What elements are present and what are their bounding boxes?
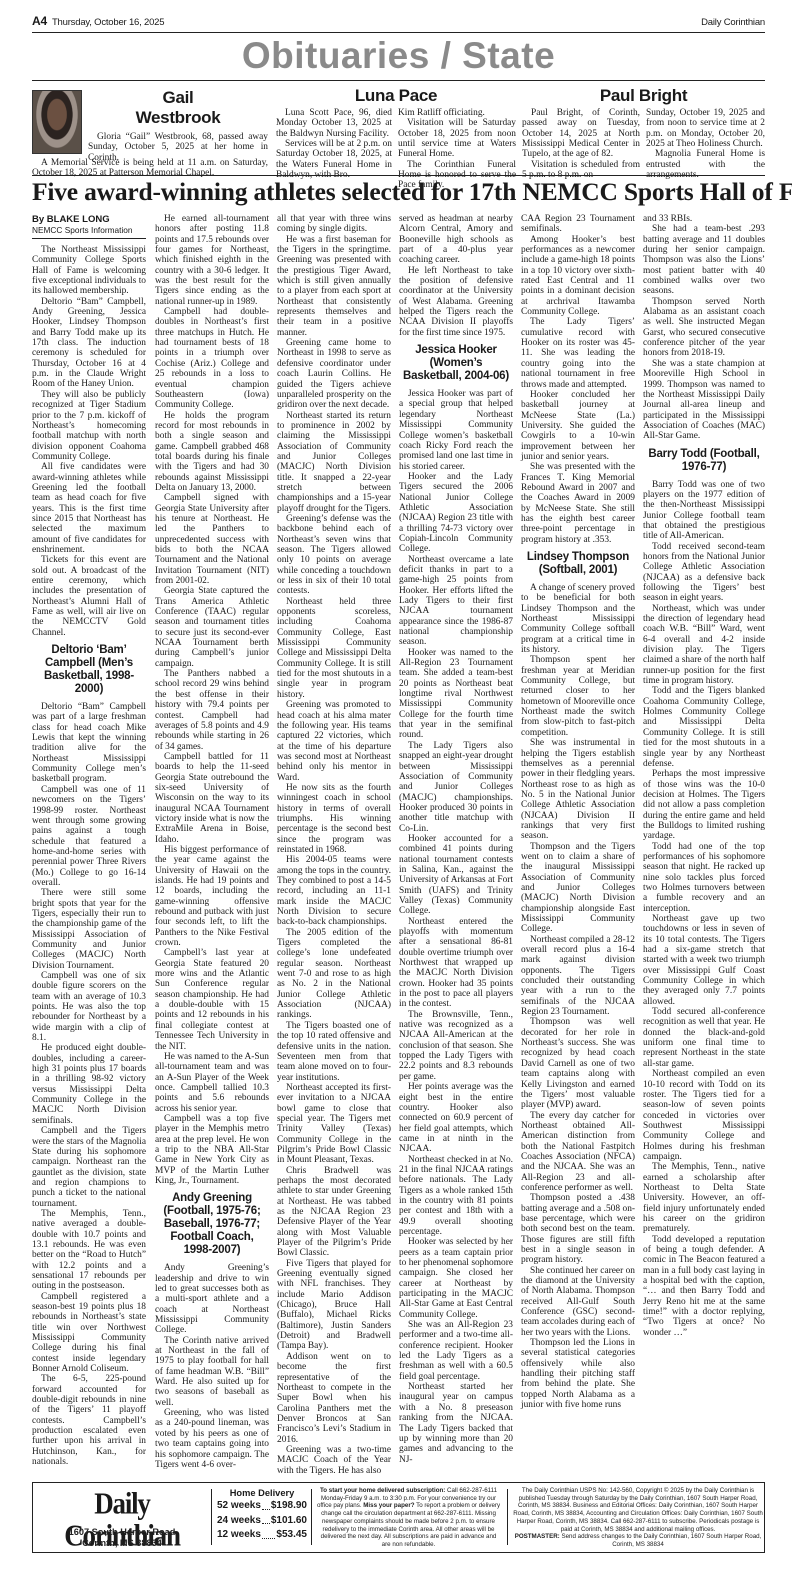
article-paragraph: Campbell battled for 11 boards to help t… <box>155 752 269 845</box>
article-paragraph: Northeast checked in at No. 21 in the fi… <box>399 1155 513 1238</box>
article-paragraph: Among Hooker’s best performances as a ne… <box>521 235 635 318</box>
article-paragraph: Thompson led the Lions in several statis… <box>521 1338 635 1410</box>
article-paragraph: Her points average was the eight best in… <box>399 1082 513 1154</box>
home-delivery-title: Home Delivery <box>217 1487 307 1499</box>
athlete-subhead: Deltorio ‘Bam’ Campbell (Men’s Basketbal… <box>32 644 146 696</box>
obituary-paragraph: Visitation will be Saturday October 18, … <box>398 118 516 159</box>
issue-date: Thursday, October 16, 2025 <box>52 17 164 28</box>
article-paragraph: Barry Todd was one of two players on the… <box>643 480 765 542</box>
article-paragraph: The every day catcher for Northeast obta… <box>521 1111 635 1194</box>
footer-divider <box>211 1489 212 1545</box>
subscription-footer: Daily Corinthian 1607 South Harper Road … <box>32 1482 765 1553</box>
rate-term: 12 weeks <box>217 1528 261 1543</box>
article-paragraph: Campbell was one of six double figure sc… <box>32 971 146 1043</box>
article-paragraph: The 2005 edition of the Tigers completed… <box>277 928 391 1021</box>
subscription-info: To start your home delivered subscriptio… <box>316 1487 501 1549</box>
missed-paper-lead: Miss your paper? <box>363 1502 414 1509</box>
article-paragraph: The Northeast Mississippi Community Coll… <box>32 245 146 297</box>
athlete-subhead: Andy Greening (Football, 1975-76; Baseba… <box>155 1192 269 1257</box>
article-paragraph: Todd and the Tigers blanked Coahoma Comm… <box>643 686 765 769</box>
article-paragraph: Jessica Hooker was part of a special gro… <box>399 389 513 472</box>
article-paragraph: There were still some bright spots that … <box>32 888 146 971</box>
obituary-name: Paul Bright <box>522 86 765 106</box>
article-paragraph: Hooker and the Lady Tigers secured the 2… <box>399 472 513 555</box>
article-column: served as headman at nearby Alcorn Centr… <box>399 214 513 1465</box>
rate-row: 52 weeks$198.90 <box>217 1499 307 1514</box>
article-paragraph: Thompson served North Alabama as an assi… <box>643 297 765 359</box>
article-paragraph: Northeast held three opponents scoreless… <box>277 597 391 700</box>
article-paragraph: Northeast overcame a late deficit thanks… <box>399 555 513 648</box>
article-paragraph: Greening’s defense was the backbone behi… <box>277 514 391 597</box>
article-paragraph: Andy Greening’s leadership and drive to … <box>155 1263 269 1335</box>
address-line: 1607 South Harper Road <box>37 1527 207 1538</box>
article-paragraph: Todd had one of the top performances of … <box>643 842 765 914</box>
address-line: Corinth, MS 38834 <box>37 1538 207 1549</box>
article-paragraph: Hooker concluded her basketball journey … <box>521 390 635 462</box>
article-paragraph: He holds the program record for most reb… <box>155 411 269 494</box>
article-paragraph: Thompson and the Tigers went on to claim… <box>521 842 635 935</box>
article-paragraph: The Lady Tigers also snapped an eight-ye… <box>399 741 513 834</box>
article-column: By BLAKE LONG NEMCC Sports Information T… <box>32 214 146 1468</box>
article-paragraph: Northeast compiled an even 10-10 record … <box>643 1069 765 1162</box>
article-paragraph: Five Tigers that played for Greening eve… <box>277 1259 391 1352</box>
obituary-body: Sunday, October 19, 2025 and from noon t… <box>646 108 765 180</box>
article-paragraph: Hooker was selected by her peers as a te… <box>399 1237 513 1320</box>
article-paragraph: Campbell’s last year at Georgia State fe… <box>155 948 269 1051</box>
athlete-subhead: Jessica Hooker (Women’s Basketball, 2004… <box>399 344 513 383</box>
article-paragraph: Northeast accepted its first-ever invita… <box>277 1083 391 1166</box>
byline-organization: NEMCC Sports Information <box>32 225 146 235</box>
article-paragraph: His 2004-05 teams were among the tops in… <box>277 855 391 927</box>
article-paragraph: All five candidates were award-winning a… <box>32 462 146 555</box>
article-paragraph: Todd secured all-conference recognition … <box>643 1007 765 1069</box>
page-folio: A4 Thursday, October 16, 2025 Daily Cori… <box>32 14 765 32</box>
athlete-subhead: Lindsey Thompson (Softball, 2001) <box>521 551 635 577</box>
article-paragraph: Greening, who was listed as a 240-pound … <box>155 1408 269 1470</box>
article-paragraph: The Brownsville, Tenn., native was recog… <box>399 1010 513 1082</box>
publication-legal: The Daily Corinthian USPS No: 142-560, C… <box>513 1487 763 1549</box>
rate-price: $198.90 <box>271 1499 307 1514</box>
article-paragraph: Thompson was well decorated for her role… <box>521 1017 635 1110</box>
article-paragraph: They will also be publicly recognized at… <box>32 390 146 462</box>
page-number: A4 <box>32 14 47 28</box>
article-paragraph: Campbell registered a season-best 19 poi… <box>32 1292 146 1375</box>
article-paragraph: Tickets for this event are sold out. A b… <box>32 555 146 638</box>
obituary-name-line: Westbrook <box>88 108 268 128</box>
subscription-lead: To start your home delivered subscriptio… <box>320 1487 445 1494</box>
obituary-paragraph: Paul Bright, of Corinth, passed away on … <box>522 108 640 160</box>
article-paragraph: Todd developed a reputation of being a t… <box>643 1235 765 1338</box>
article-paragraph: Greening came home to Northeast in 1998 … <box>277 338 391 410</box>
obituary-divider <box>32 175 765 176</box>
article-paragraph: The Memphis, Tenn., native earned a scho… <box>643 1162 765 1234</box>
publication-name: Daily Corinthian <box>701 17 765 28</box>
article-paragraph: Thompson spent her freshman year at Meri… <box>521 655 635 738</box>
article-paragraph: Greening was a two-time MACJC Coach of t… <box>277 1445 391 1476</box>
article-paragraph: Northeast gave up two touchdowns or less… <box>643 914 765 1007</box>
article-paragraph: The Tigers boasted one of the top 10 rat… <box>277 1021 391 1083</box>
article-paragraph: A change of scenery proved to be benefic… <box>521 583 635 655</box>
article-paragraph: The 6-5, 225-pound forward accounted for… <box>32 1374 146 1467</box>
postmaster-lead: POSTMASTER: <box>515 1533 560 1540</box>
article-paragraph: She was presented with the Frances T. Ki… <box>521 462 635 545</box>
newspaper-address: 1607 South Harper Road Corinth, MS 38834 <box>37 1527 207 1549</box>
folio-rule <box>32 32 765 33</box>
article-paragraph: She was a state champion at Mooreville H… <box>643 359 765 442</box>
article-paragraph: He earned all-tournament honors after po… <box>155 214 269 307</box>
obituary-paragraph: Luna Scott Pace, 96, died Monday October… <box>276 108 392 139</box>
rate-term: 24 weeks <box>217 1514 261 1529</box>
section-title: Obituaries / State <box>32 36 765 76</box>
article-paragraph: Northeast entered the playoffs with mome… <box>399 917 513 1010</box>
article-paragraph: Todd received second-team honors from th… <box>643 542 765 604</box>
article-paragraph: His biggest performance of the year came… <box>155 845 269 948</box>
article-paragraph: Greening was promoted to head coach at h… <box>277 700 391 783</box>
article-column: CAA Region 23 Tournament semifinals.Amon… <box>521 214 635 1411</box>
article-paragraph: Northeast started her inaugural year on … <box>399 1382 513 1465</box>
article-paragraph: and 33 RBIs. <box>643 214 765 224</box>
byline-rule <box>32 238 146 239</box>
byline: By BLAKE LONG <box>32 214 146 225</box>
article-paragraph: He now sits as the fourth winningest coa… <box>277 783 391 855</box>
obituaries: Gail Westbrook Gloria “Gail” Westbrook, … <box>32 86 765 168</box>
article-paragraph: She continued her career on the diamond … <box>521 1266 635 1338</box>
article-paragraph: Thompson posted a .438 batting average a… <box>521 1193 635 1265</box>
article-paragraph: Addison went on to become the first repr… <box>277 1352 391 1445</box>
article-paragraph: He was named to the A-Sun all-tournament… <box>155 1052 269 1114</box>
obituary-name: Luna Pace <box>276 86 516 106</box>
article-paragraph: all that year with three wins coming by … <box>277 214 391 235</box>
rate-term: 52 weeks <box>217 1499 261 1514</box>
article-paragraph: He produced eight double-doubles, includ… <box>32 1043 146 1126</box>
article-paragraph: He was a first baseman for the Tigers in… <box>277 235 391 338</box>
rate-row: 24 weeks$101.60 <box>217 1514 307 1529</box>
article-paragraph: CAA Region 23 Tournament semifinals. <box>521 214 635 235</box>
article-paragraph: Northeast compiled a 28-12 overall recor… <box>521 935 635 1018</box>
footer-divider <box>507 1489 508 1545</box>
footer-divider <box>311 1489 312 1545</box>
article-column: and 33 RBIs.She had a team-best .293 bat… <box>643 214 765 1338</box>
article-paragraph: Chris Bradwell was perhaps the most deco… <box>277 1166 391 1259</box>
article-paragraph: Perhaps the most impressive of those win… <box>643 769 765 841</box>
article-paragraph: Campbell had double-doubles in Northeast… <box>155 307 269 410</box>
obituary-paragraph: Kim Ratliff officiating. <box>398 108 516 118</box>
section-rule <box>32 80 765 81</box>
article-paragraph: Campbell and the Tigers were the stars o… <box>32 1126 146 1209</box>
article-paragraph: The Memphis, Tenn., native averaged a do… <box>32 1209 146 1292</box>
rate-row: 12 weeks$53.45 <box>217 1528 307 1543</box>
obituary-body: Luna Scott Pace, 96, died Monday October… <box>276 108 392 180</box>
article-paragraph: Deltorio “Bam” Campbell was part of a la… <box>32 702 146 785</box>
article-paragraph: Northeast started its return to prominen… <box>277 411 391 514</box>
article-paragraph: The Lady Tigers’ cumulative record with … <box>521 317 635 389</box>
article-paragraph: Deltorio “Bam” Campbell, Andy Greening, … <box>32 297 146 390</box>
article-paragraph: Hooker accounted for a combined 41 point… <box>399 834 513 917</box>
article-column: He earned all-tournament honors after po… <box>155 214 269 1470</box>
article-paragraph: Northeast, which was under the direction… <box>643 604 765 687</box>
article-paragraph: She had a team-best .293 batting average… <box>643 224 765 296</box>
obituary-paragraph: Sunday, October 19, 2025 and from noon t… <box>646 108 765 149</box>
article-paragraph: Campbell was one of 11 newcomers on the … <box>32 785 146 888</box>
article-column: all that year with three wins coming by … <box>277 214 391 1476</box>
obituary-body: Paul Bright, of Corinth, passed away on … <box>522 108 640 180</box>
article-paragraph: The Panthers nabbed a school record 29 w… <box>155 669 269 752</box>
article-paragraph: Campbell was a top five player in the Me… <box>155 1114 269 1186</box>
article-paragraph: He left Northeast to take the position o… <box>399 266 513 338</box>
article-headline: Five award-winning athletes selected for… <box>32 178 765 206</box>
rate-price: $53.45 <box>276 1528 307 1543</box>
home-delivery-rates: Home Delivery 52 weeks$198.90 24 weeks$1… <box>217 1487 307 1543</box>
athlete-subhead: Barry Todd (Football, 1976-77) <box>643 448 765 474</box>
article-paragraph: She was an All-Region 23 performer and a… <box>399 1320 513 1382</box>
article-paragraph: Georgia State captured the Trans America… <box>155 586 269 669</box>
obituary-name: Gail Westbrook <box>88 88 268 128</box>
obituary-photo <box>32 90 82 154</box>
article-paragraph: Campbell signed with Georgia State Unive… <box>155 493 269 586</box>
rate-price: $101.60 <box>271 1514 307 1529</box>
article-paragraph: Hooker was named to the All-Region 23 To… <box>399 648 513 741</box>
missed-paper-text: To report a problem or delivery change c… <box>321 1502 500 1548</box>
legal-text: The Daily Corinthian USPS No: 142-560, C… <box>513 1487 763 1533</box>
postmaster-text: Send address changes to the Daily Corint… <box>560 1533 762 1548</box>
article-paragraph: She was instrumental in helping the Tige… <box>521 738 635 841</box>
obituary-name-line: Gail <box>88 88 268 108</box>
article-paragraph: served as headman at nearby Alcorn Centr… <box>399 214 513 266</box>
article-paragraph: The Corinth native arrived at Northeast … <box>155 1336 269 1408</box>
